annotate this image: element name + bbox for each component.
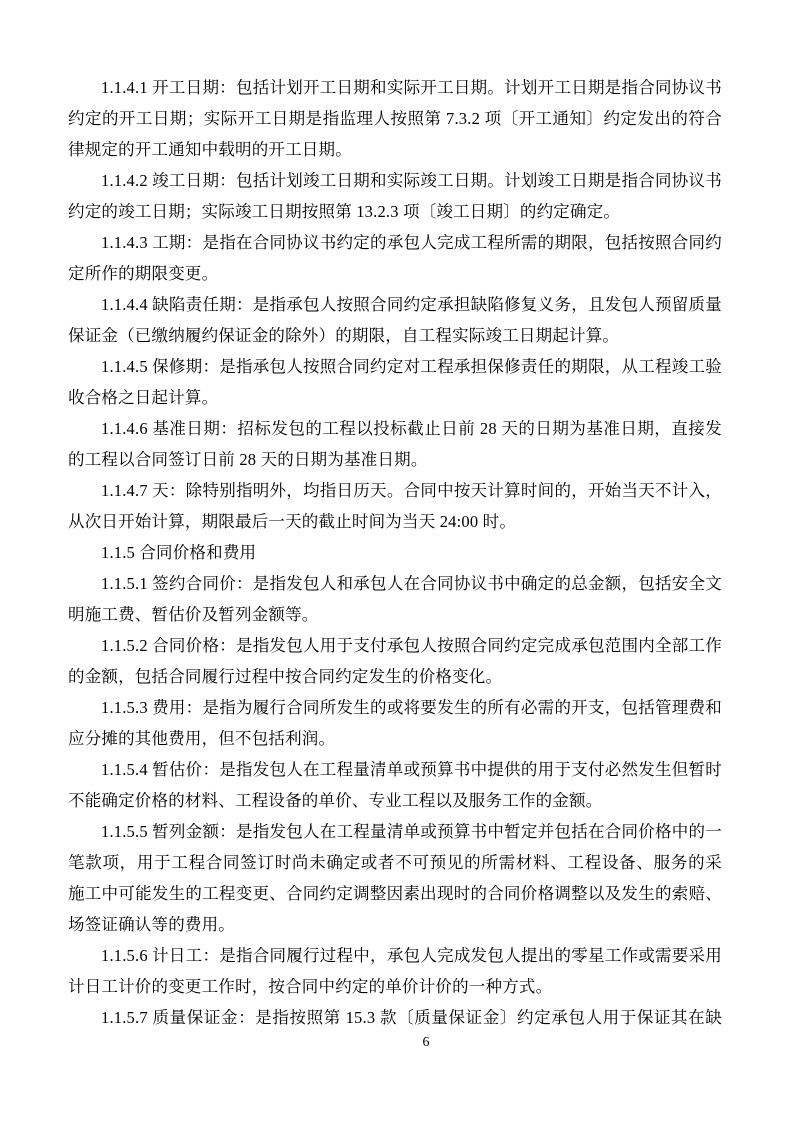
text-line: 1.1.4.7 天：除特别指明外，均指日历天。合同中按天计算时间的，开始当天不计… [68,475,722,506]
text-line: 1.1.5.5 暂列金额：是指发包人在工程量清单或预算书中暂定并包括在合同价格中… [68,816,722,847]
text-line: 1.1.5.2 合同价格：是指发包人用于支付承包人按照合同约定完成承包范围内全部… [68,630,722,661]
text-line: 的金额，包括合同履行过程中按合同约定发生的价格变化。 [68,661,722,692]
text-line: 的工程以合同签订日前 28 天的日期为基准日期。 [68,444,722,475]
text-line: 1.1.5 合同价格和费用 [68,537,722,568]
text-line: 明施工费、暂估价及暂列金额等。 [68,599,722,630]
paragraph: 1.1.5.2 合同价格：是指发包人用于支付承包人按照合同约定完成承包范围内全部… [68,630,722,692]
paragraph: 1.1.4.6 基准日期：招标发包的工程以投标截止日前 28 天的日期为基准日期… [68,413,722,475]
paragraph: 1.1.4.2 竣工日期：包括计划竣工日期和实际竣工日期。计划竣工日期是指合同协… [68,165,722,227]
page-number: 6 [394,1032,458,1054]
text-line: 1.1.5.1 签约合同价：是指发包人和承包人在合同协议书中确定的总金额，包括安… [68,568,722,599]
paragraph: 1.1.5.7 质量保证金：是指按照第 15.3 款〔质量保证金〕约定承包人用于… [68,1002,722,1033]
paragraph: 1.1.5 合同价格和费用 [68,537,722,568]
text-line: 1.1.4.4 缺陷责任期：是指承包人按照合同约定承担缺陷修复义务，且发包人预留… [68,289,722,320]
paragraph: 1.1.5.6 计日工：是指合同履行过程中，承包人完成发包人提出的零星工作或需要… [68,940,722,1002]
text-line: 从次日开始计算，期限最后一天的截止时间为当天 24:00 时。 [68,506,722,537]
text-line: 1.1.5.6 计日工：是指合同履行过程中，承包人完成发包人提出的零星工作或需要… [68,940,722,971]
paragraph: 1.1.5.1 签约合同价：是指发包人和承包人在合同协议书中确定的总金额，包括安… [68,568,722,630]
text-line: 律规定的开工通知中载明的开工日期。 [68,134,722,165]
text-line: 1.1.5.3 费用：是指为履行合同所发生的或将要发生的所有必需的开支，包括管理… [68,692,722,723]
paragraph: 1.1.5.3 费用：是指为履行合同所发生的或将要发生的所有必需的开支，包括管理… [68,692,722,754]
text-line: 1.1.4.6 基准日期：招标发包的工程以投标截止日前 28 天的日期为基准日期… [68,413,722,444]
text-line: 1.1.5.4 暂估价：是指发包人在工程量清单或预算书中提供的用于支付必然发生但… [68,754,722,785]
text-line: 收合格之日起计算。 [68,382,722,413]
text-line: 笔款项，用于工程合同签订时尚未确定或者不可预见的所需材料、工程设备、服务的采购， [68,847,722,878]
paragraph: 1.1.5.4 暂估价：是指发包人在工程量清单或预算书中提供的用于支付必然发生但… [68,754,722,816]
paragraph: 1.1.4.4 缺陷责任期：是指承包人按照合同约定承担缺陷修复义务，且发包人预留… [68,289,722,351]
text-line: 应分摊的其他费用，但不包括利润。 [68,723,722,754]
paragraph: 1.1.5.5 暂列金额：是指发包人在工程量清单或预算书中暂定并包括在合同价格中… [68,816,722,940]
text-line: 计日工计价的变更工作时，按合同中约定的单价计价的一种方式。 [68,971,722,1002]
document-page: 1.1.4.1 开工日期：包括计划开工日期和实际开工日期。计划开工日期是指合同协… [0,0,793,1122]
text-line: 保证金（已缴纳履约保证金的除外）的期限，自工程实际竣工日期起计算。 [68,320,722,351]
text-line: 1.1.4.1 开工日期：包括计划开工日期和实际开工日期。计划开工日期是指合同协… [68,72,722,103]
text-line: 1.1.4.5 保修期：是指承包人按照合同约定对工程承担保修责任的期限，从工程竣… [68,351,722,382]
text-line: 1.1.4.2 竣工日期：包括计划竣工日期和实际竣工日期。计划竣工日期是指合同协… [68,165,722,196]
paragraph: 1.1.4.5 保修期：是指承包人按照合同约定对工程承担保修责任的期限，从工程竣… [68,351,722,413]
text-line: 施工中可能发生的工程变更、合同约定调整因素出现时的合同价格调整以及发生的索赔、现 [68,878,722,909]
paragraph: 1.1.4.7 天：除特别指明外，均指日历天。合同中按天计算时间的，开始当天不计… [68,475,722,537]
text-line: 定所作的期限变更。 [68,258,722,289]
text-line: 1.1.4.3 工期：是指在合同协议书约定的承包人完成工程所需的期限，包括按照合… [68,227,722,258]
paragraph: 1.1.4.3 工期：是指在合同协议书约定的承包人完成工程所需的期限，包括按照合… [68,227,722,289]
text-line: 不能确定价格的材料、工程设备的单价、专业工程以及服务工作的金额。 [68,785,722,816]
text-line: 1.1.5.7 质量保证金：是指按照第 15.3 款〔质量保证金〕约定承包人用于… [68,1002,722,1033]
text-line: 约定的开工日期；实际开工日期是指监理人按照第 7.3.2 项〔开工通知〕约定发出… [68,103,722,134]
text-line: 约定的竣工日期；实际竣工日期按照第 13.2.3 项〔竣工日期〕的约定确定。 [68,196,722,227]
text-line: 场签证确认等的费用。 [68,909,722,940]
paragraph: 1.1.4.1 开工日期：包括计划开工日期和实际开工日期。计划开工日期是指合同协… [68,72,722,165]
document-body: 1.1.4.1 开工日期：包括计划开工日期和实际开工日期。计划开工日期是指合同协… [68,72,722,1033]
